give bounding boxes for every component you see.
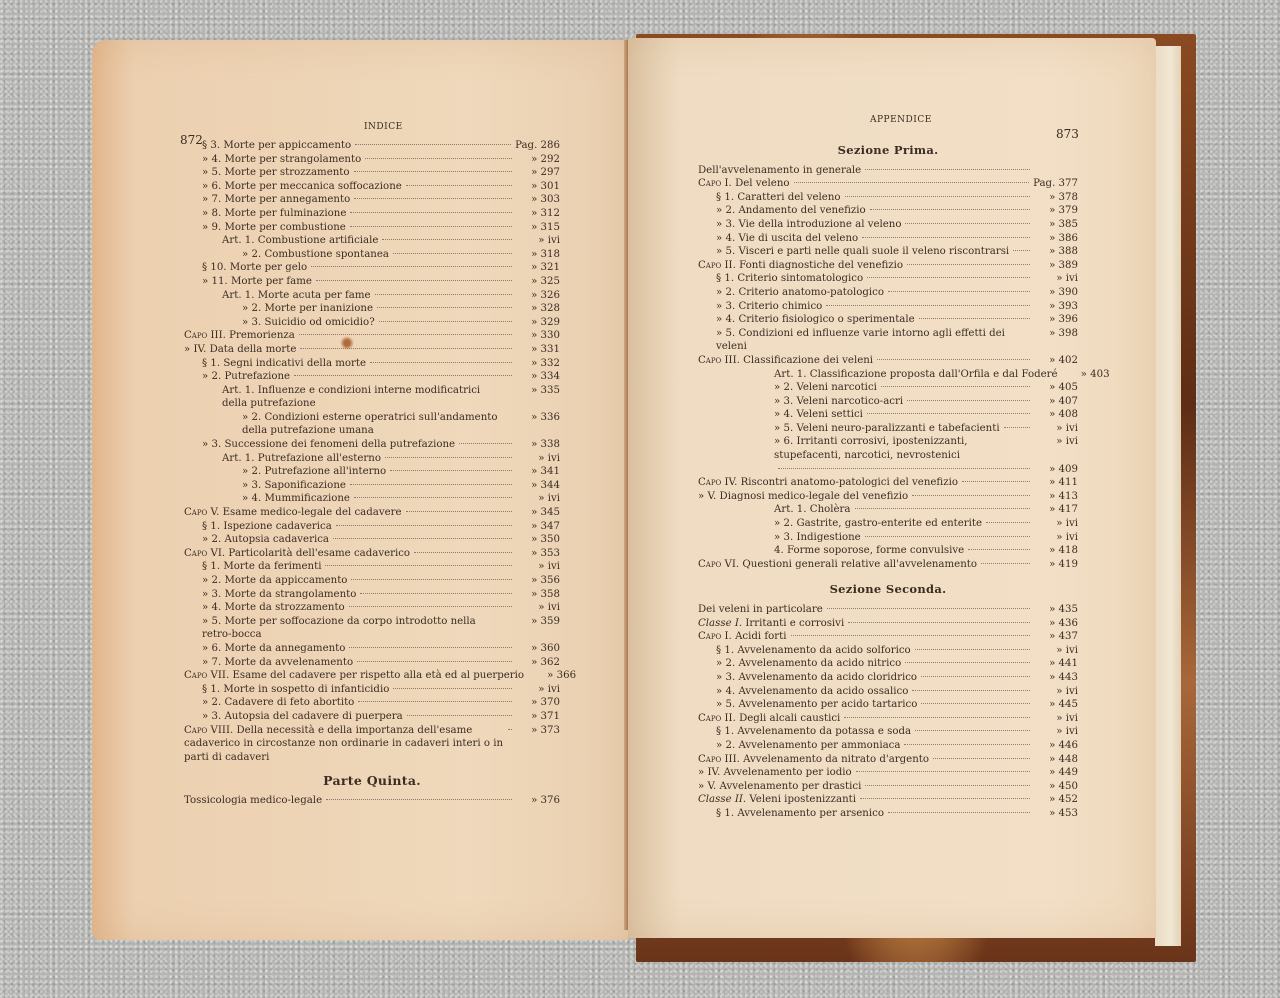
entry-label: § 1. Morte in sospetto di infanticidio (202, 683, 389, 697)
leader-dots (907, 264, 1030, 265)
entry-title: Influenze e condizioni interne modificat… (222, 385, 480, 410)
entry-title: Morte da appiccamento (224, 575, 347, 586)
entry-title: Suicidio od omicidio? (264, 317, 374, 328)
entry-page: » 405 (1034, 381, 1078, 395)
entry-page: » 419 (1034, 558, 1078, 572)
entry-label: Art. 1. Morte acuta per fame (222, 289, 371, 303)
entry-prefix: 4. (774, 545, 784, 556)
leader-dots (867, 277, 1030, 278)
toc-entry: » V. Avvelenamento per drastici» 450 (698, 780, 1078, 794)
entry-page: » ivi (1034, 272, 1078, 286)
toc-entry: » 2. Gastrite, gastro-enterite ed enteri… (698, 517, 1078, 531)
leader-dots (905, 223, 1030, 224)
entry-label: » 9. Morte per combustione (202, 221, 346, 235)
entry-label: Art. 1. Putrefazione all'esterno (222, 452, 381, 466)
leader-dots (986, 522, 1030, 523)
entry-prefix: Classe I. (698, 618, 742, 629)
entry-label: Capo I. Acidi forti (698, 630, 787, 644)
entry-prefix: » 11. (202, 276, 228, 287)
entry-label: » 6. Irritanti corrosivi, ipostenizzanti… (774, 435, 1026, 462)
left-page: INDICE 872 § 3. Morte per appiccamentoPa… (92, 40, 628, 940)
leader-dots (414, 552, 512, 553)
entry-prefix: » 2. (716, 658, 735, 669)
entry-label: » 3. Veleni narcotico-acri (774, 395, 903, 409)
entry-title: Saponificazione (264, 480, 345, 491)
entry-page: » ivi (1034, 644, 1078, 658)
toc-entry: » 2. Cadavere di feto abortito» 370 (184, 696, 560, 710)
entry-prefix: » 4. (202, 154, 221, 165)
entry-prefix: » V. (698, 491, 716, 502)
leader-dots (325, 565, 512, 566)
entry-prefix: » 2. (716, 287, 735, 298)
entry-prefix: Capo II. (698, 713, 736, 724)
toc-entry: » 2. Veleni narcotici» 405 (698, 381, 1078, 395)
entry-title: Tossicologia medico-legale (184, 795, 322, 806)
entry-label: § 10. Morte per gelo (202, 261, 307, 275)
toc-entry: » 5. Veleni neuro-paralizzanti e tabefac… (698, 422, 1078, 436)
entry-label: Capo VI. Questioni generali relative all… (698, 558, 977, 572)
entry-page: » 345 (516, 506, 560, 520)
entry-title: Morte per strozzamento (224, 167, 349, 178)
entry-prefix: » 4. (716, 233, 735, 244)
leader-dots (355, 144, 511, 145)
leader-dots (921, 703, 1030, 704)
leader-dots (390, 470, 512, 471)
entry-title: Morte per combustione (224, 222, 345, 233)
leader-dots (299, 334, 512, 335)
toc-entry: » 8. Morte per fulminazione» 312 (184, 207, 560, 221)
entry-page: » ivi (1034, 435, 1078, 449)
leader-dots (350, 484, 512, 485)
entry-prefix: » 2. (242, 303, 261, 314)
entry-page: » 318 (516, 248, 560, 262)
entry-title: Putrefazione (224, 371, 290, 382)
entry-prefix: Capo VI. (698, 559, 739, 570)
entry-label: Capo VIII. Della necessità e della impor… (184, 724, 504, 765)
part-title: Parte Quinta. (184, 774, 560, 788)
entry-page: » 389 (1034, 259, 1078, 273)
leader-dots (350, 212, 512, 213)
leader-dots (912, 690, 1030, 691)
entry-prefix: Capo II. (698, 260, 736, 271)
entry-prefix: » IV. (698, 767, 720, 778)
entry-prefix: » 2. (202, 371, 221, 382)
entry-prefix: » 3. (716, 219, 735, 230)
leader-dots (360, 593, 512, 594)
entry-page: » ivi (516, 452, 560, 466)
toc-entry: § 1. Caratteri del veleno» 378 (698, 191, 1078, 205)
entry-page: » 329 (516, 316, 560, 330)
entry-label: 4. Forme soporose, forme convulsive (774, 544, 964, 558)
entry-title: Avvelenamento da acido nitrico (738, 658, 901, 669)
entry-prefix: § 10. (202, 262, 227, 273)
entry-page: » 409 (1034, 463, 1078, 477)
entry-label: » V. Diagnosi medico-legale del venefizi… (698, 490, 908, 504)
entry-page: » ivi (516, 560, 560, 574)
leader-dots (357, 661, 512, 662)
entry-page: » ivi (1034, 725, 1078, 739)
entry-page: Pag. 286 (515, 139, 560, 153)
entry-page: » 408 (1034, 408, 1078, 422)
toc-entry: § 1. Segni indicativi della morte» 332 (184, 357, 560, 371)
entry-prefix: Art. 1. (774, 369, 807, 380)
entry-page: » 336 (516, 411, 560, 425)
entry-page: » 376 (516, 794, 560, 808)
leader-dots (778, 468, 1030, 469)
entry-page: » 413 (1034, 490, 1078, 504)
entry-page: » 378 (1034, 191, 1078, 205)
entry-label: Capo I. Del veleno (698, 177, 790, 191)
entry-page: » ivi (516, 683, 560, 697)
leader-dots (862, 237, 1030, 238)
entry-page: » 330 (516, 329, 560, 343)
toc-entry: Capo III. Classificazione dei veleni» 40… (698, 354, 1078, 368)
entry-title: Morte acuta per fame (258, 290, 371, 301)
leader-dots (316, 280, 512, 281)
entry-title: Morte per appiccamento (223, 140, 351, 151)
leader-dots (919, 318, 1030, 319)
entry-label: » 4. Morte da strozzamento (202, 601, 345, 615)
entry-prefix: » 3. (716, 301, 735, 312)
entry-prefix: » 4. (242, 493, 261, 504)
leader-dots (349, 647, 512, 648)
entry-title: Vie della introduzione al veleno (738, 219, 901, 230)
toc-entry: » IV. Data della morte» 331 (184, 343, 560, 357)
leader-dots (365, 158, 512, 159)
toc-entry: 4. Forme soporose, forme convulsive» 418 (698, 544, 1078, 558)
entry-page: » 344 (516, 479, 560, 493)
entry-label: » 2. Cadavere di feto abortito (202, 696, 354, 710)
leader-dots (406, 511, 512, 512)
entry-page: Pag. 377 (1033, 177, 1078, 191)
leader-dots (933, 758, 1030, 759)
entry-label: » 2. Gastrite, gastro-enterite ed enteri… (774, 517, 982, 531)
entry-label: » 3. Saponificazione (242, 479, 346, 493)
leader-dots (870, 209, 1030, 210)
entry-page: » 446 (1034, 739, 1078, 753)
leader-dots (921, 676, 1030, 677)
leader-dots (968, 549, 1030, 550)
leader-dots (508, 729, 512, 730)
leader-dots (912, 495, 1030, 496)
leader-dots (907, 400, 1030, 401)
entry-title: Cadavere di feto abortito (224, 697, 354, 708)
toc-entry: Art. 1. Cholèra» 417 (698, 503, 1078, 517)
toc-entry: » 4. Vie di uscita del veleno» 386 (698, 232, 1078, 246)
entry-label: » 6. Morte per meccanica soffocazione (202, 180, 402, 194)
entry-prefix: Capo IV. (698, 477, 737, 488)
entry-prefix: » 3. (774, 532, 793, 543)
entry-title: Questioni generali relative all'avvelena… (742, 559, 977, 570)
entry-label: » IV. Data della morte (184, 343, 296, 357)
toc-entry: Art. 1. Classificazione proposta dall'Or… (698, 368, 1078, 382)
toc-entry: Art. 1. Influenze e condizioni interne m… (184, 384, 560, 411)
entry-page: » 297 (516, 166, 560, 180)
toc-entry: » 3. Indigestione» ivi (698, 531, 1078, 545)
leader-dots (794, 182, 1030, 183)
entry-title: Avvelenamento per drastici (720, 781, 862, 792)
toc-entry: » 2. Condizioni esterne operatrici sull'… (184, 411, 560, 438)
entry-label: » 5. Avvelenamento per acido tartarico (716, 698, 917, 712)
leader-dots (379, 321, 512, 322)
entry-label: » 3. Successione dei fenomeni della putr… (202, 438, 455, 452)
toc-entry: Capo VII. Esame del cadavere per rispett… (184, 669, 560, 683)
entry-page: » 331 (516, 343, 560, 357)
entry-page: » 386 (1034, 232, 1078, 246)
leader-dots (326, 799, 512, 800)
toc-entry: § 1. Ispezione cadaverica» 347 (184, 520, 560, 534)
entry-prefix: » 2. (242, 249, 261, 260)
leader-dots (354, 171, 512, 172)
entry-label: § 3. Morte per appiccamento (202, 139, 351, 153)
entry-page: » 326 (516, 289, 560, 303)
entry-page: » 301 (516, 180, 560, 194)
entry-title: Dell'avvelenamento in generale (698, 165, 861, 176)
leader-dots (354, 198, 512, 199)
leader-dots (350, 226, 512, 227)
leader-dots (888, 812, 1030, 813)
leader-dots (915, 730, 1030, 731)
entry-title: Putrefazione all'interno (264, 466, 386, 477)
entry-title: Morte per fulminazione (224, 208, 346, 219)
toc-entry: Capo IV. Riscontri anatomo-patologici de… (698, 476, 1078, 490)
entry-title: Classificazione proposta dall'Orfila e d… (810, 369, 1058, 380)
foxing-stain (340, 336, 354, 350)
toc-entry: » 3. Successione dei fenomeni della putr… (184, 438, 560, 452)
entry-label: Capo VI. Particolarità dell'esame cadave… (184, 547, 410, 561)
toc-entry: § 3. Morte per appiccamentoPag. 286 (184, 139, 560, 153)
entry-prefix: » 4. (774, 409, 793, 420)
entry-label: § 1. Morte da ferimenti (202, 560, 321, 574)
entry-label: Art. 1. Combustione artificiale (222, 234, 378, 248)
entry-prefix: » 4. (202, 602, 221, 613)
entry-label: » 2. Criterio anatomo-patologico (716, 286, 884, 300)
toc-entry: » 2. Avvelenamento da acido nitrico» 441 (698, 657, 1078, 671)
entry-title: Criterio sintomatologico (737, 273, 863, 284)
entry-prefix: » 5. (716, 328, 735, 339)
entry-prefix: Capo VIII. (184, 725, 233, 736)
entry-page: » 411 (1034, 476, 1078, 490)
leader-dots (358, 701, 512, 702)
entry-page: » ivi (1034, 712, 1078, 726)
leader-dots (336, 525, 512, 526)
entry-page: » 452 (1034, 793, 1078, 807)
entry-label: Capo II. Fonti diagnostiche del venefizi… (698, 259, 903, 273)
entry-page: » 448 (1034, 753, 1078, 767)
entry-page: » 453 (1034, 807, 1078, 821)
toc-entry: Art. 1. Morte acuta per fame» 326 (184, 289, 560, 303)
entry-page: » 385 (1034, 218, 1078, 232)
entry-label: § 1. Avvelenamento da acido solforico (716, 644, 911, 658)
entry-title: Avvelenamento da acido cloridrico (738, 672, 917, 683)
leader-dots (370, 362, 512, 363)
entry-prefix: Capo VII. (184, 670, 229, 681)
leader-dots (406, 185, 512, 186)
entry-page: » 450 (1034, 780, 1078, 794)
leader-dots (856, 771, 1030, 772)
leader-dots (377, 307, 512, 308)
entry-page: » 303 (516, 193, 560, 207)
entry-label: » IV. Avvelenamento per iodio (698, 766, 852, 780)
entry-page: » 356 (516, 574, 560, 588)
toc-entry: » 3. Veleni narcotico-acri» 407 (698, 395, 1078, 409)
entry-prefix: » 2. (242, 466, 261, 477)
leader-dots (888, 291, 1030, 292)
toc-entry: Capo VI. Questioni generali relative all… (698, 558, 1078, 572)
entry-label: » 4. Veleni settici (774, 408, 863, 422)
entry-label: » 7. Morte da avvelenamento (202, 656, 353, 670)
entry-label: § 1. Segni indicativi della morte (202, 357, 366, 371)
toc-entry: » 2. Andamento del venefizio» 379 (698, 204, 1078, 218)
toc-entry: Capo III. Premorienza» 330 (184, 329, 560, 343)
toc-entry: » 11. Morte per fame» 325 (184, 275, 560, 289)
entry-label: » 4. Vie di uscita del veleno (716, 232, 858, 246)
toc-entry: Capo I. Del velenoPag. 377 (698, 177, 1078, 191)
leader-dots (333, 538, 512, 539)
entry-prefix: » 5. (774, 423, 793, 434)
toc-entry: » 5. Avvelenamento per acido tartarico» … (698, 698, 1078, 712)
leader-dots (981, 563, 1030, 564)
entry-title: Criterio anatomo-patologico (738, 287, 884, 298)
leader-dots (915, 649, 1030, 650)
toc-entry: » 7. Morte per annegamento» 303 (184, 193, 560, 207)
entry-prefix: » 3. (716, 672, 735, 683)
entry-page: » 435 (1034, 603, 1078, 617)
entry-prefix: Art. 1. (222, 453, 255, 464)
entry-page: » 371 (516, 710, 560, 724)
entry-label: » 2. Putrefazione (202, 370, 290, 384)
toc-entry: » 7. Morte da avvelenamento» 362 (184, 656, 560, 670)
toc-entry: Capo V. Esame medico-legale del cadavere… (184, 506, 560, 520)
entry-label: Capo V. Esame medico-legale del cadavere (184, 506, 402, 520)
entry-title: Gastrite, gastro-enterite ed enterite (796, 518, 982, 529)
leader-dots (848, 622, 1030, 623)
entry-label: Capo III. Avvelenamento da nitrato d'arg… (698, 753, 929, 767)
leader-dots (349, 606, 512, 607)
entry-page: » 402 (1034, 354, 1078, 368)
leader-dots (1013, 250, 1030, 251)
entry-prefix: Art. 1. (774, 504, 807, 515)
toc-entry: » 4. Veleni settici» 408 (698, 408, 1078, 422)
entry-page: » 393 (1034, 300, 1078, 314)
entry-label: » 7. Morte per annegamento (202, 193, 350, 207)
right-page: APPENDICE 873 Sezione Prima.Dell'avvelen… (628, 38, 1156, 938)
entry-label: » 2. Autopsia cadaverica (202, 533, 329, 547)
leader-dots (300, 348, 512, 349)
entry-prefix: » 2. (716, 205, 735, 216)
toc-entry: » 3. Saponificazione» 344 (184, 479, 560, 493)
toc-entry: » 2. Avvelenamento per ammoniaca» 446 (698, 739, 1078, 753)
entry-prefix: Capo III. (698, 355, 740, 366)
entry-page: » 407 (1034, 395, 1078, 409)
entry-prefix: § 1. (202, 561, 220, 572)
entry-label: Art. 1. Classificazione proposta dall'Or… (774, 368, 1058, 382)
entry-label: » 2. Combustione spontanea (242, 248, 389, 262)
entry-page: » ivi (516, 601, 560, 615)
toc-entry: Capo VI. Particolarità dell'esame cadave… (184, 547, 560, 561)
entry-prefix: » 3. (202, 589, 221, 600)
entry-label: § 1. Criterio sintomatologico (716, 272, 863, 286)
entry-title: Vie di uscita del veleno (738, 233, 858, 244)
entry-title: Veleni neuro-paralizzanti e tabefacienti (796, 423, 999, 434)
entry-title: Acidi forti (735, 631, 786, 642)
entry-label: Capo IV. Riscontri anatomo-patologici de… (698, 476, 958, 490)
leader-dots (845, 196, 1030, 197)
toc-entry: Tossicologia medico-legale» 376 (184, 794, 560, 808)
entry-label: » 3. Autopsia del cadavere di puerpera (202, 710, 403, 724)
leader-dots (844, 717, 1030, 718)
entry-title: Condizioni esterne operatrici sull'andam… (242, 412, 497, 437)
entry-prefix: » 4. (716, 686, 735, 697)
toc-entry: Capo I. Acidi forti» 437 (698, 630, 1078, 644)
toc-entry: » 6. Irritanti corrosivi, ipostenizzanti… (698, 435, 1078, 462)
entry-page: » 418 (1034, 544, 1078, 558)
entry-label: Capo VII. Esame del cadavere per rispett… (184, 669, 524, 683)
entry-label: » 3. Vie della introduzione al veleno (716, 218, 901, 232)
toc-entry: » V. Diagnosi medico-legale del venefizi… (698, 490, 1078, 504)
toc-entry: » 4. Morte per strangolamento» 292 (184, 153, 560, 167)
entry-page: » ivi (1034, 531, 1078, 545)
entry-page: » 347 (516, 520, 560, 534)
toc-entry: » 5. Condizioni ed influenze varie intor… (698, 327, 1078, 354)
toc-entry: Capo II. Degli alcali caustici» ivi (698, 712, 1078, 726)
leader-dots (1004, 427, 1030, 428)
table-of-contents-left: § 3. Morte per appiccamentoPag. 286» 4. … (184, 139, 560, 808)
toc-entry: Capo VIII. Della necessità e della impor… (184, 724, 560, 765)
entry-title: Veleni narcotico-acri (796, 396, 903, 407)
toc-entry: Capo II. Fonti diagnostiche del venefizi… (698, 259, 1078, 273)
entry-prefix: Capo V. (184, 507, 219, 518)
entry-page: » 445 (1034, 698, 1078, 712)
entry-page: » 373 (516, 724, 560, 738)
entry-prefix: » 2. (774, 382, 793, 393)
entry-title: Cholèra (810, 504, 851, 515)
toc-entry: § 1. Criterio sintomatologico» ivi (698, 272, 1078, 286)
leader-dots (867, 413, 1030, 414)
toc-entry: Dell'avvelenamento in generale (698, 164, 1078, 178)
entry-title: Andamento del venefizio (738, 205, 865, 216)
entry-page: » ivi (516, 492, 560, 506)
leader-dots (407, 715, 512, 716)
section-title: Sezione Seconda. (698, 583, 1078, 597)
entry-prefix: § 1. (716, 645, 734, 656)
entry-label: » 2. Morte da appiccamento (202, 574, 347, 588)
entry-page: » 315 (516, 221, 560, 235)
entry-label: » 2. Putrefazione all'interno (242, 465, 386, 479)
entry-page: » 335 (516, 384, 560, 398)
running-head: INDICE (364, 122, 403, 132)
entry-page: » 321 (516, 261, 560, 275)
entry-prefix: » 5. (202, 616, 221, 627)
entry-label: Classe I. Irritanti e corrosivi (698, 617, 844, 631)
leader-dots (855, 508, 1030, 509)
entry-prefix: » 4. (716, 314, 735, 325)
leader-dots (294, 375, 512, 376)
entry-prefix: » 2. (774, 518, 793, 529)
entry-page: » ivi (1034, 685, 1078, 699)
entry-label: Dei veleni in particolare (698, 603, 823, 617)
toc-entry: » 2. Autopsia cadaverica» 350 (184, 533, 560, 547)
entry-title: Morte per annegamento (224, 194, 350, 205)
entry-page: » 370 (516, 696, 560, 710)
entry-page: » 437 (1034, 630, 1078, 644)
entry-prefix: § 3. (202, 140, 220, 151)
entry-page: » 325 (516, 275, 560, 289)
toc-entry: » 4. Mummificazione» ivi (184, 492, 560, 506)
leader-dots (904, 744, 1030, 745)
entry-label: » 5. Visceri e parti nelle quali suole i… (716, 245, 1009, 259)
entry-page: » 449 (1034, 766, 1078, 780)
